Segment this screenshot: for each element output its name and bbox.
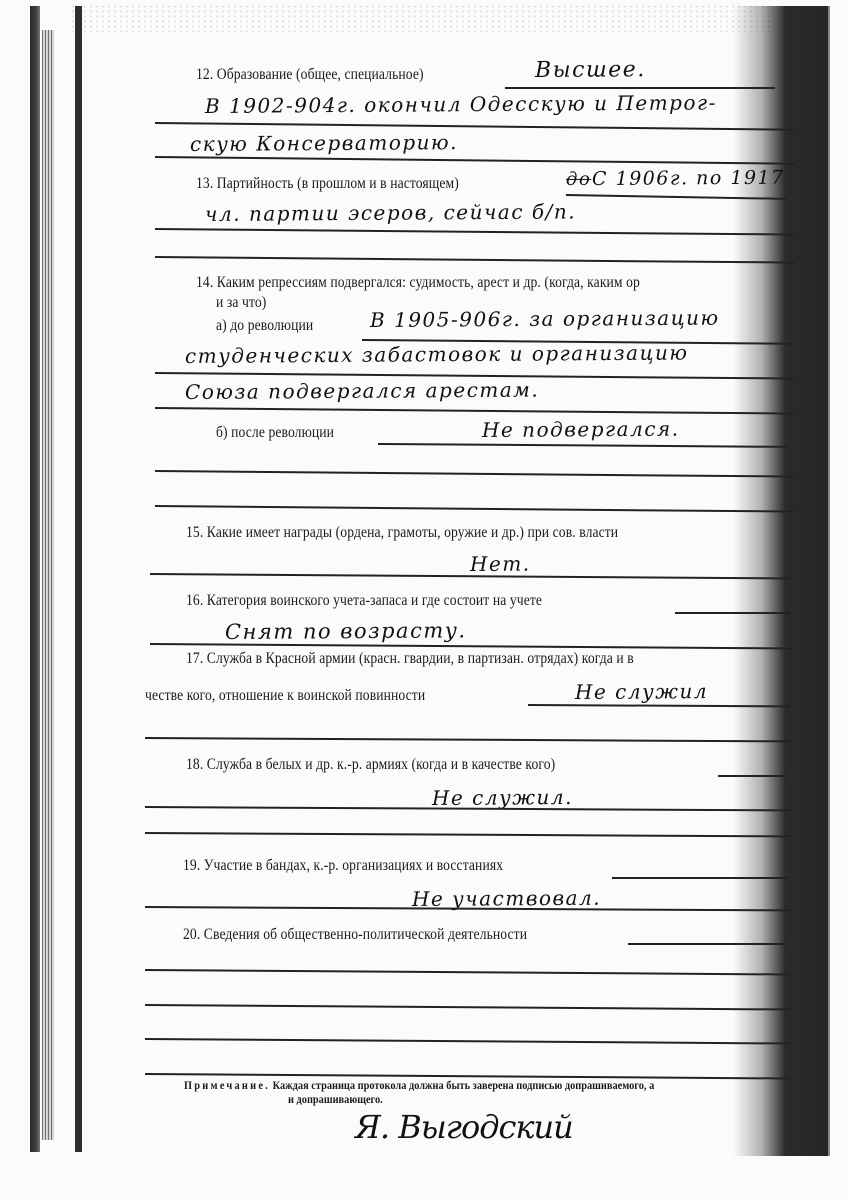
- footnote-text-cont: и допрашивающего.: [288, 1094, 383, 1106]
- item-17-label-cont: честве кого, отношение к воинской повинн…: [145, 687, 425, 705]
- item-14-label: 14. Каким репрессиям подвергался: судимо…: [196, 274, 640, 292]
- answer-line: [145, 1073, 792, 1079]
- binding-edge: [30, 6, 40, 1152]
- answer-line: [145, 806, 792, 811]
- item-20-label: 20. Сведения об общественно-политической…: [183, 926, 527, 944]
- answer-line: [628, 943, 788, 945]
- binding-edge-texture: [42, 30, 54, 1140]
- item-14a-answer-1: В 1905-906г. за организацию: [370, 306, 720, 332]
- answer-line: [528, 704, 790, 707]
- answer-line: [718, 775, 788, 777]
- signature: Я. Выгодский: [355, 1108, 573, 1146]
- item-16-answer-1: Снят по возрасту.: [225, 618, 467, 644]
- footnote-title: Примечание.: [184, 1080, 270, 1092]
- item-18-label: 18. Служба в белых и др. к.-р. армиях (к…: [186, 756, 555, 774]
- answer-line: [155, 228, 795, 235]
- item-12-answer-2: В 1902-904г. окончил Одесскую и Петрог-: [205, 90, 717, 118]
- item-17-answer-1: Не служил: [575, 679, 708, 704]
- answer-line: [145, 969, 792, 975]
- answer-line: [505, 87, 775, 89]
- item-13-answer-1: С 1906г. по 1917: [592, 167, 785, 190]
- answer-line: [155, 470, 795, 477]
- answer-line: [378, 443, 788, 447]
- answer-line: [155, 505, 795, 512]
- item-14b-answer-1: Не подвергался.: [482, 417, 680, 442]
- item-14a-label: а) до революции: [216, 317, 313, 335]
- scanned-document-page: 12. Образование (общее, специальное) Выс…: [0, 0, 848, 1200]
- item-12-answer-1: Высшее.: [535, 57, 646, 83]
- binding-edge-inner: [75, 6, 82, 1152]
- item-16-label: 16. Категория воинского учета-запаса и г…: [186, 592, 542, 610]
- item-15-answer-1: Нет.: [470, 552, 531, 576]
- scan-noise: [70, 4, 770, 34]
- footnote-text: Каждая страница протокола должна быть за…: [273, 1080, 655, 1092]
- answer-line: [155, 122, 795, 130]
- item-13-struck-prefix: до: [566, 169, 591, 190]
- item-12-answer-3: скую Консерваторию.: [190, 130, 458, 156]
- scan-border-right: [828, 6, 830, 1156]
- item-14-label-cont: и за что): [216, 294, 266, 312]
- footnote: Примечание. Каждая страница протокола до…: [184, 1080, 654, 1092]
- answer-line: [155, 407, 795, 414]
- answer-line: [155, 156, 795, 164]
- item-19-label: 19. Участие в бандах, к.-р. организациях…: [183, 857, 503, 875]
- answer-line: [612, 877, 788, 879]
- item-13-label: 13. Партийность (в прошлом и в настоящем…: [196, 175, 459, 193]
- answer-line: [145, 1038, 792, 1044]
- item-14a-answer-2: студенческих забастовок и организацию: [185, 340, 689, 368]
- item-12-label: 12. Образование (общее, специальное): [196, 66, 424, 84]
- item-14a-answer-3: Союза подвергался арестам.: [185, 378, 539, 404]
- answer-line: [675, 612, 790, 614]
- item-14b-label: б) после революции: [216, 424, 334, 442]
- item-15-label: 15. Какие имеет награды (ордена, грамоты…: [186, 524, 618, 542]
- answer-line: [145, 1004, 792, 1010]
- answer-line: [145, 737, 792, 742]
- answer-line: [155, 256, 795, 263]
- answer-line: [150, 643, 792, 649]
- item-13-answer-2: чл. партии эсеров, сейчас б/п.: [205, 199, 576, 226]
- item-18-answer-1: Не служил.: [432, 785, 573, 810]
- item-17-label: 17. Служба в Красной армии (красн. гвард…: [186, 650, 634, 668]
- answer-line: [145, 832, 792, 837]
